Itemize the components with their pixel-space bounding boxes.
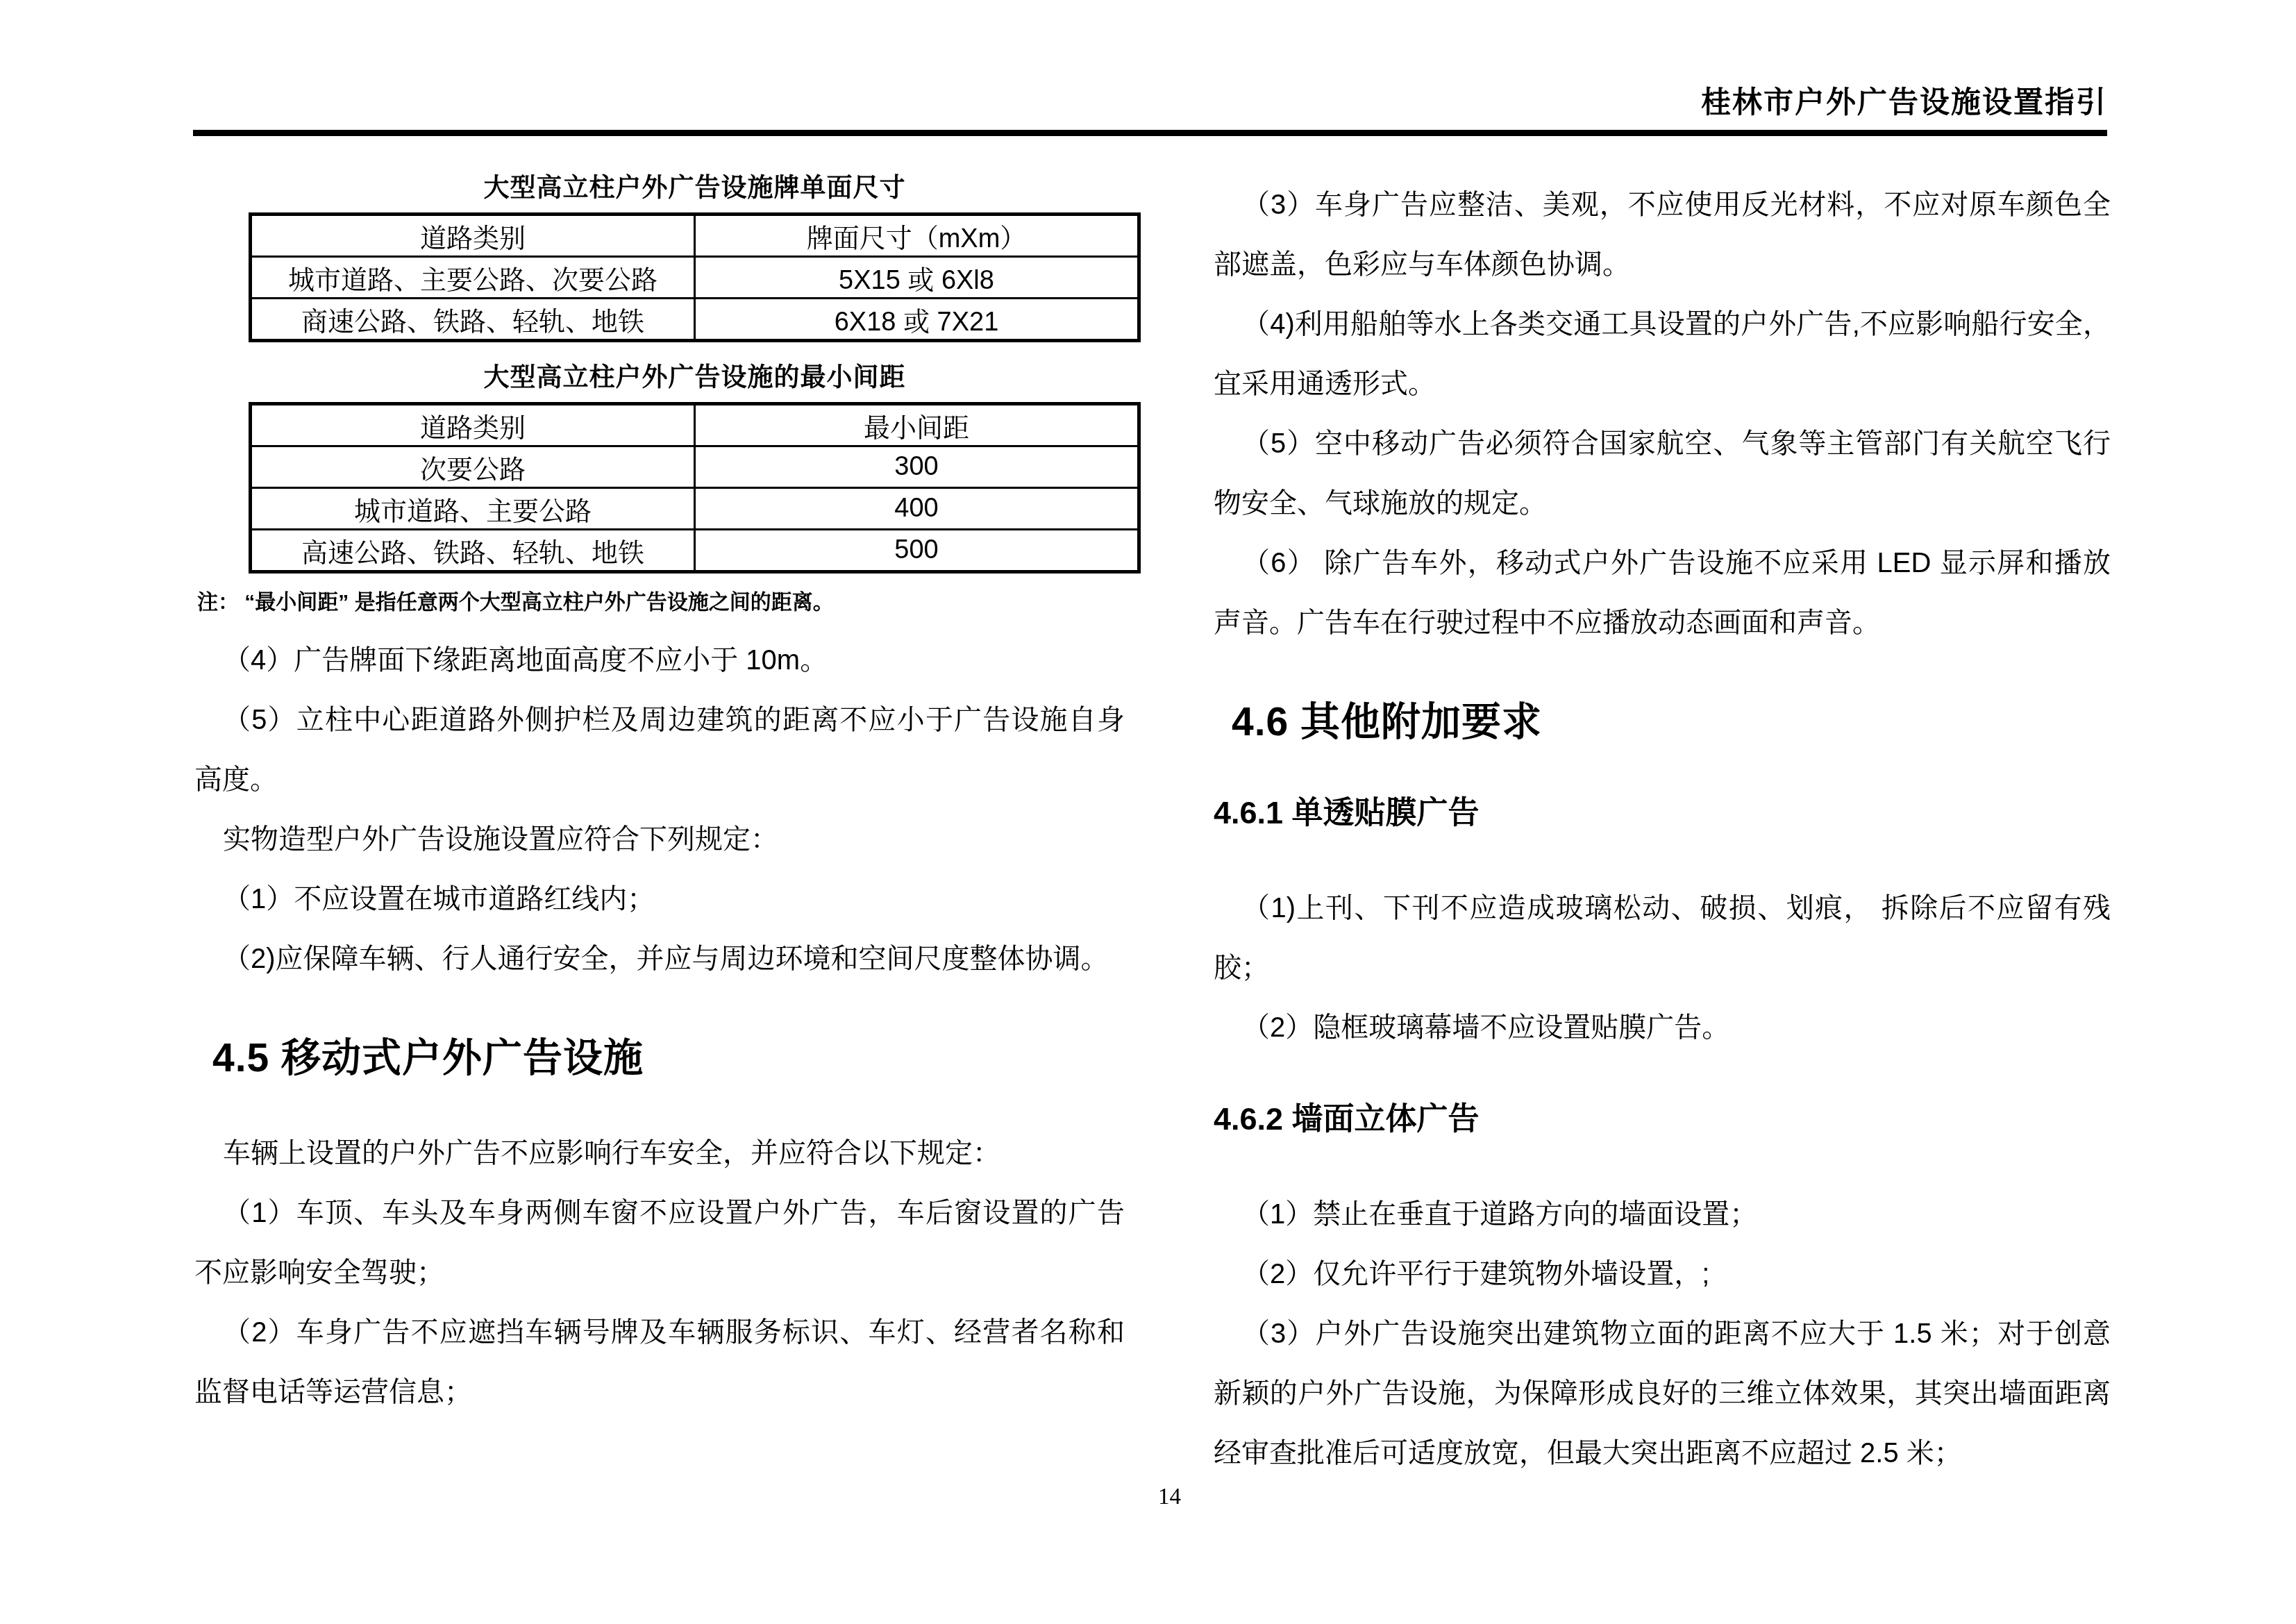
paragraph-vehicle-clause-1: （1）车顶、车头及车身两侧车窗不应设置户外广告，车后窗设置的广告不应影响安全驾驶… bbox=[194, 1183, 1125, 1303]
table-cell: 商速公路、铁路、轻轨、地铁 bbox=[251, 299, 695, 341]
left-body-text: （4）广告牌面下缘距离地面高度不应小于 10m。 （5）立柱中心距道路外侧护栏及… bbox=[194, 630, 1125, 1422]
table-cell: 500 bbox=[695, 530, 1139, 572]
table1-header-road-type: 道路类别 bbox=[251, 215, 695, 257]
paragraph-vehicle-clause-6: （6） 除广告车外，移动式户外广告设施不应采用 LED 显示屏和播放声音。广告车… bbox=[1214, 533, 2111, 653]
table-cell: 高速公路、铁路、轻轨、地铁 bbox=[251, 530, 695, 572]
table-cell: 5X15 或 6Xl8 bbox=[695, 257, 1139, 299]
table-cell: 6X18 或 7X21 bbox=[695, 299, 1139, 341]
paragraph-clause-2: （2)应保障车辆、行人通行安全，并应与周边环境和空间尺度整体协调。 bbox=[194, 929, 1125, 989]
paragraph-clause-1: （1）不应设置在城市道路红线内； bbox=[194, 869, 1125, 929]
table-cell: 城市道路、主要公路 bbox=[251, 488, 695, 530]
section-4-6-heading: 4.6 其他附加要求 bbox=[1214, 690, 2111, 747]
paragraph-intro-physical-model: 实物造型户外广告设施设置应符合下列规定： bbox=[194, 810, 1125, 869]
paragraph-vehicle-intro: 车辆上设置的户外广告不应影响行车安全，并应符合以下规定： bbox=[194, 1123, 1125, 1183]
section-4-6-2-heading: 4.6.2 墙面立体广告 bbox=[1214, 1094, 2111, 1139]
section-4-6-1-heading: 4.6.1 单透贴膜广告 bbox=[1214, 787, 2111, 832]
paragraph-clause-4: （4）广告牌面下缘距离地面高度不应小于 10m。 bbox=[194, 630, 1125, 690]
table-panel-single-face-size: 道路类别 牌面尺寸（mXm） 城市道路、主要公路、次要公路 5X15 或 6Xl… bbox=[249, 212, 1141, 342]
paragraph-wall-clause-1: （1）禁止在垂直于道路方向的墙面设置； bbox=[1214, 1184, 2111, 1244]
table-min-spacing: 道路类别 最小间距 次要公路 300 城市道路、主要公路 400 高速公路、铁路… bbox=[249, 402, 1141, 574]
paragraph-vehicle-clause-2: （2）车身广告不应遮挡车辆号牌及车辆服务标识、车灯、经营者名称和监督电话等运营信… bbox=[194, 1303, 1125, 1422]
table-row: 城市道路、主要公路、次要公路 5X15 或 6Xl8 bbox=[251, 257, 1139, 299]
paragraph-film-clause-1: （1)上刊、下刊不应造成玻璃松动、破损、划痕， 拆除后不应留有残胶； bbox=[1214, 878, 2111, 998]
table-row: 道路类别 最小间距 bbox=[251, 404, 1139, 446]
table-row: 城市道路、主要公路 400 bbox=[251, 488, 1139, 530]
column-left: 大型高立柱户外广告设施牌单面尺寸 道路类别 牌面尺寸（mXm） 城市道路、主要公… bbox=[194, 167, 1125, 1422]
document-page: 桂林市户外广告设施设置指引 大型高立柱户外广告设施牌单面尺寸 道路类别 牌面尺寸… bbox=[0, 0, 2296, 1624]
table-row: 高速公路、铁路、轻轨、地铁 500 bbox=[251, 530, 1139, 572]
table1-wrap: 大型高立柱户外广告设施牌单面尺寸 道路类别 牌面尺寸（mXm） 城市道路、主要公… bbox=[249, 167, 1141, 342]
table2-header-min-spacing: 最小间距 bbox=[695, 404, 1139, 446]
paragraph-wall-clause-2: （2）仅允许平行于建筑物外墙设置，; bbox=[1214, 1244, 2111, 1304]
table-row: 道路类别 牌面尺寸（mXm） bbox=[251, 215, 1139, 257]
table-cell: 城市道路、主要公路、次要公路 bbox=[251, 257, 695, 299]
table2-header-road-type: 道路类别 bbox=[251, 404, 695, 446]
table1-caption: 大型高立柱户外广告设施牌单面尺寸 bbox=[249, 167, 1141, 204]
table1-header-panel-size: 牌面尺寸（mXm） bbox=[695, 215, 1139, 257]
paragraph-film-clause-2: （2）隐框玻璃幕墙不应设置贴膜广告。 bbox=[1214, 998, 2111, 1057]
table-note: 注： “最小间距” 是指任意两个大型高立柱户外广告设施之间的距离。 bbox=[197, 585, 1125, 615]
paragraph-wall-clause-3: （3）户外广告设施突出建筑物立面的距离不应大于 1.5 米；对于创意新颖的户外广… bbox=[1214, 1304, 2111, 1483]
table-row: 次要公路 300 bbox=[251, 446, 1139, 488]
paragraph-vehicle-clause-4: （4)利用船舶等水上各类交通工具设置的户外广告,不应影响船行安全，宜采用通透形式… bbox=[1214, 294, 2111, 414]
table-cell: 400 bbox=[695, 488, 1139, 530]
table2-caption: 大型高立柱户外广告设施的最小间距 bbox=[249, 356, 1141, 394]
page-number: 14 bbox=[1158, 1484, 1181, 1510]
section-4-5-heading: 4.5 移动式户外广告设施 bbox=[194, 1026, 1125, 1083]
paragraph-clause-5: （5）立柱中心距道路外侧护栏及周边建筑的距离不应小于广告设施自身高度。 bbox=[194, 690, 1125, 810]
table-row: 商速公路、铁路、轻轨、地铁 6X18 或 7X21 bbox=[251, 299, 1139, 341]
paragraph-vehicle-clause-3: （3）车身广告应整洁、美观，不应使用反光材料，不应对原车颜色全部遮盖，色彩应与车… bbox=[1214, 175, 2111, 294]
table-cell: 次要公路 bbox=[251, 446, 695, 488]
paragraph-vehicle-clause-5: （5）空中移动广告必须符合国家航空、气象等主管部门有关航空飞行物安全、气球施放的… bbox=[1214, 414, 2111, 533]
table-cell: 300 bbox=[695, 446, 1139, 488]
table2-wrap: 大型高立柱户外广告设施的最小间距 道路类别 最小间距 次要公路 300 城市道路… bbox=[249, 356, 1141, 574]
header-rule-divider bbox=[193, 130, 2107, 136]
page-header-title: 桂林市户外广告设施设置指引 bbox=[1701, 79, 2107, 122]
column-right: （3）车身广告应整洁、美观，不应使用反光材料，不应对原车颜色全部遮盖，色彩应与车… bbox=[1214, 175, 2111, 1483]
